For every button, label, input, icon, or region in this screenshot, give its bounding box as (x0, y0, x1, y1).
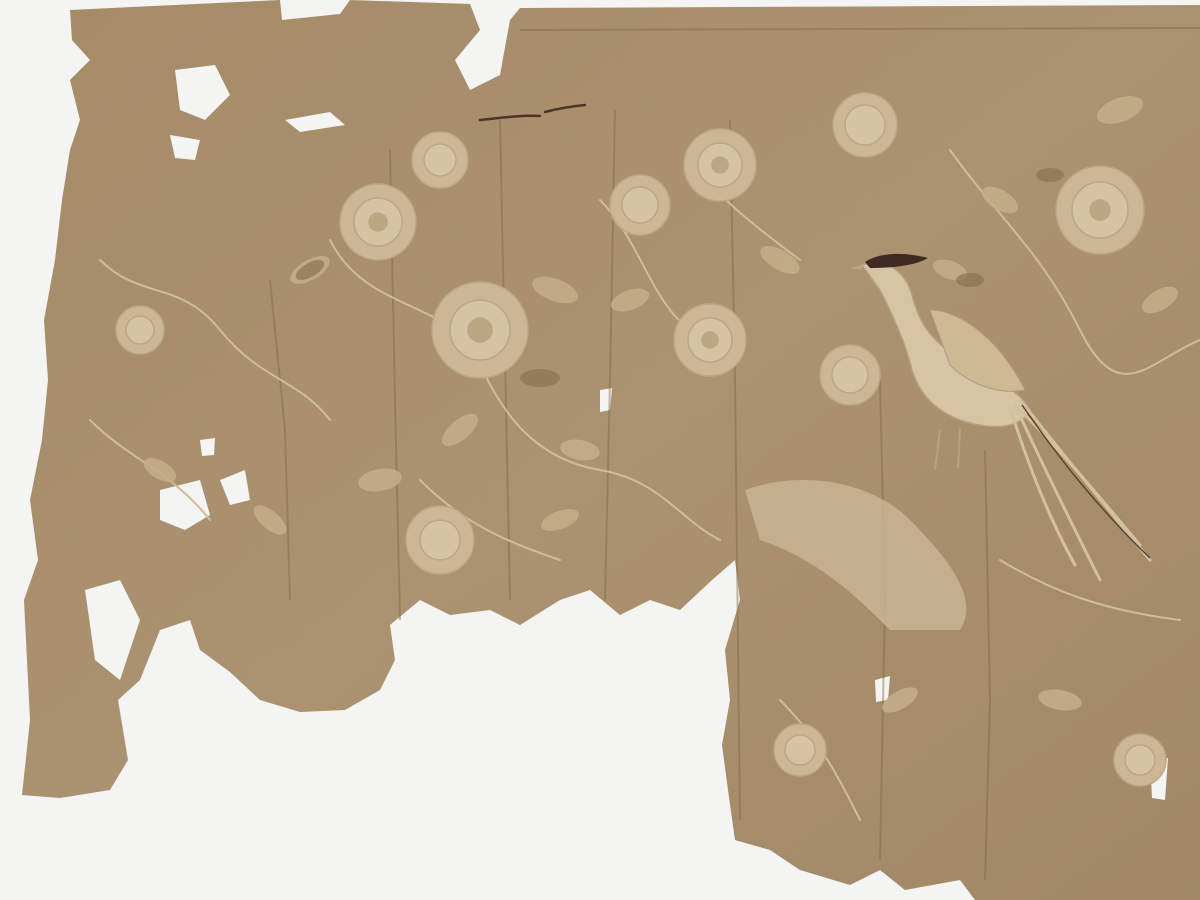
textile-fragment-illustration (0, 0, 1200, 900)
textile-photo (0, 0, 1200, 900)
